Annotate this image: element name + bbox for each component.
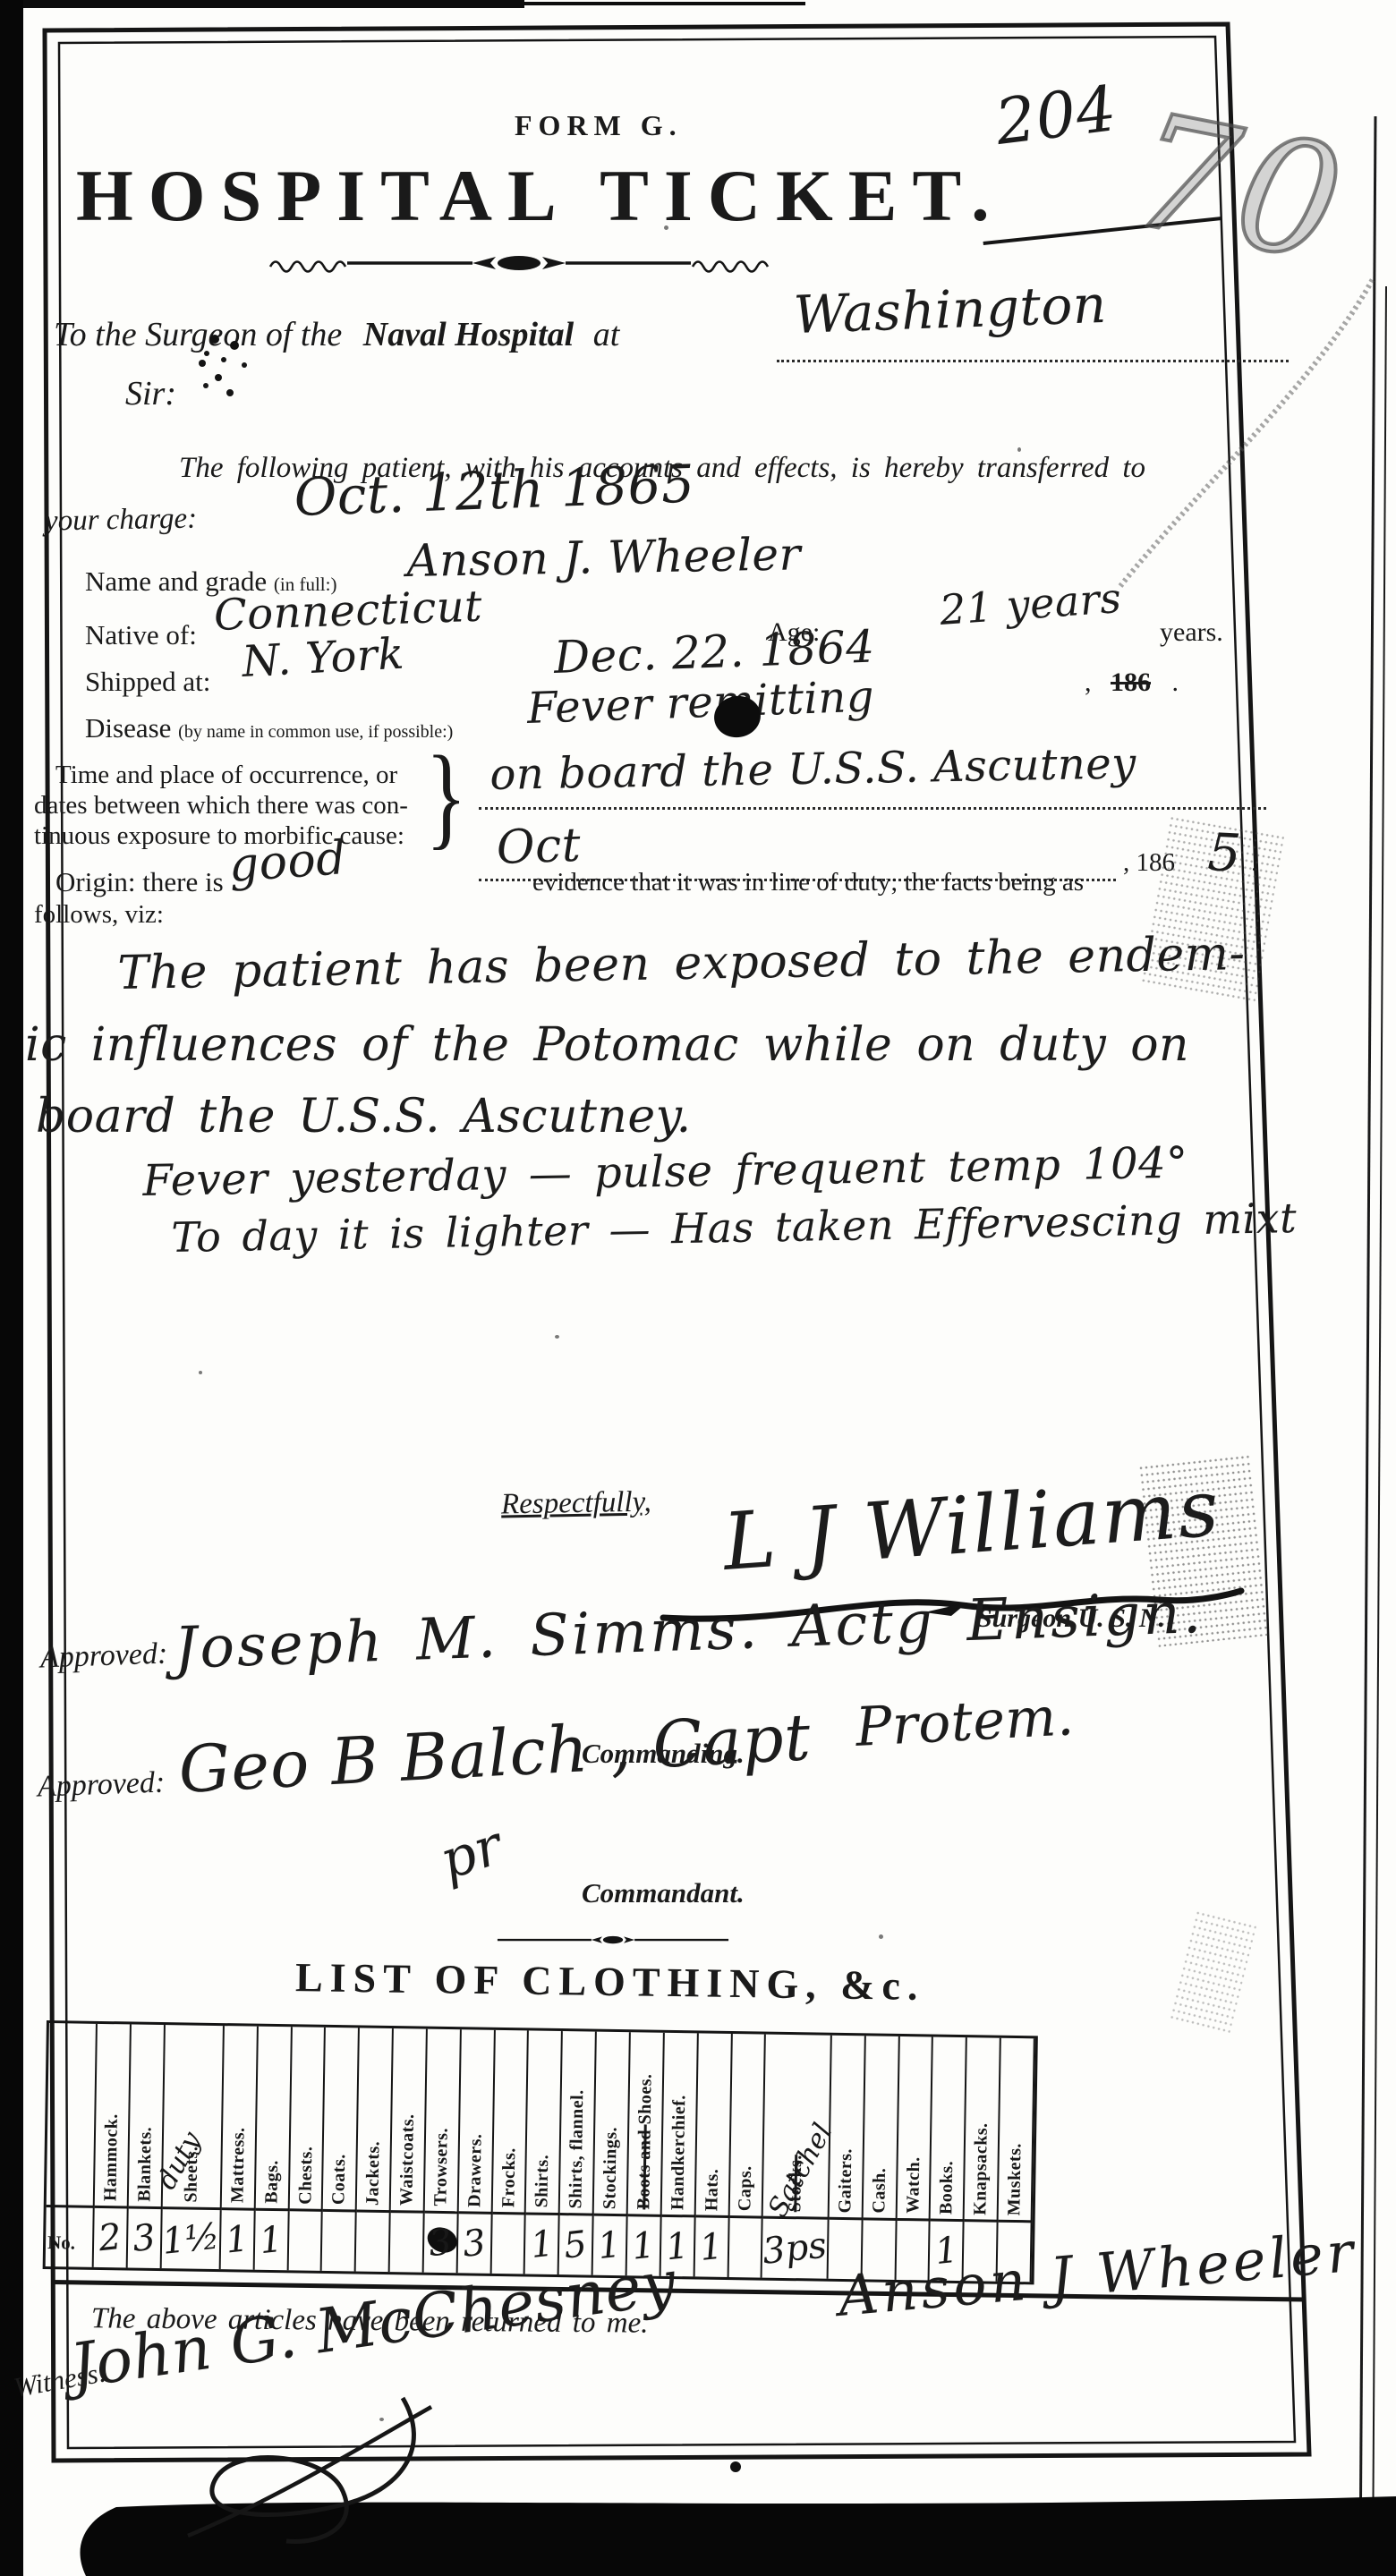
clothing-col-value: 1: [694, 2217, 729, 2277]
clothing-col-header: Frocks.: [492, 2030, 529, 2215]
clothing-col-header: Gaiters.: [830, 2036, 866, 2221]
clothing-col-header: Stocks. Satchel: [763, 2035, 832, 2220]
approved2-label: Approved:: [37, 1766, 165, 1805]
note-line: The patient has been exposed to the ende…: [117, 927, 1246, 1000]
brace-glyph: }: [426, 739, 467, 854]
shipped-year-struck: , 186 .: [1085, 667, 1179, 698]
clothing-corner-cell: [47, 2023, 98, 2208]
shipped-at-value: N. York: [241, 629, 405, 687]
approved1-label: Approved:: [39, 1637, 167, 1676]
transfer-line2: your charge:: [45, 503, 198, 539]
native-of-label: Native of:: [85, 619, 197, 651]
scan-binding-edge: [0, 0, 23, 2576]
clothing-col-value: 1: [254, 2211, 289, 2271]
origin-value: good: [227, 831, 348, 893]
salutation-at: at: [593, 316, 620, 353]
shipped-at-label: Shipped at:: [85, 666, 210, 698]
protem-note: Protem.: [854, 1685, 1076, 1759]
dotted-line: [479, 807, 1266, 810]
clothing-col-header: Coats.: [323, 2028, 360, 2213]
clothing-col-value: 3ps: [762, 2219, 830, 2279]
occurrence-period: .: [1251, 848, 1257, 878]
age-suffix: years.: [1160, 617, 1223, 648]
clothing-col-header: Hats.: [695, 2033, 732, 2218]
occurrence-label-line2: dates between which there was con-: [34, 791, 408, 820]
paraph-mark: pr: [432, 1814, 509, 1892]
clothing-heading: LIST OF CLOTHING, &c.: [295, 1953, 925, 2010]
origin-rest: evidence that it was in line of duty; th…: [532, 868, 1084, 897]
clothing-col-value: 2: [94, 2208, 129, 2268]
divider-ornament: [268, 252, 770, 280]
clothing-col-header: Watch.: [897, 2036, 933, 2222]
clothing-col-header: Sheets.duty: [162, 2025, 224, 2210]
commandant-label: Commandant.: [582, 1877, 745, 1909]
hospital-location-value: Washington: [793, 274, 1108, 345]
clothing-col-header: Trowsers.: [425, 2029, 462, 2215]
clothing-col-header: Mattress.: [222, 2026, 259, 2211]
note-line: ic influences of the Potomac while on du…: [25, 1018, 1189, 1072]
clothing-col-header: Chests.: [289, 2027, 326, 2212]
clothing-col-header: Boots and Shoes.: [628, 2032, 665, 2217]
occurrence-value1: on board the U.S.S. Ascutney: [489, 738, 1136, 800]
ticket-number: 204: [992, 72, 1120, 159]
scan-smudge: [1168, 1909, 1256, 2036]
clothing-col-header: Shirts.: [526, 2030, 563, 2215]
witness-flourish: [134, 2391, 519, 2556]
clothing-col-header: Bags.: [255, 2027, 292, 2212]
clothing-col-value: 1: [221, 2210, 256, 2270]
occurrence-year-prefix: , 186: [1123, 848, 1175, 878]
clothing-col-value: [356, 2212, 391, 2272]
occurrence-value2: Oct: [496, 819, 582, 875]
clothing-col-header: Stockings.: [594, 2032, 631, 2217]
transfer-date-value: Oct. 12th 1865: [294, 453, 696, 528]
clothing-col-value: 3: [424, 2214, 459, 2274]
age-value: 21 years: [938, 574, 1123, 634]
form-label: FORM G.: [515, 109, 683, 142]
hospital-ticket-document: FORM G. HOSPITAL TICKET. 204 70 To the S…: [0, 0, 1396, 2576]
clothing-col-header: Handkerchief.: [661, 2033, 698, 2218]
clothing-col-value: [491, 2215, 526, 2274]
clothing-col-value: [728, 2218, 763, 2278]
origin-label: Origin: there is: [55, 866, 224, 898]
approved2-signature: Geo B Balch , Capt: [177, 1699, 813, 1807]
clothing-col-header: Hammock.: [95, 2024, 132, 2209]
disease-paren: (by name in common use, if possible:): [178, 722, 453, 742]
clothing-col-header: Jackets.: [357, 2028, 394, 2214]
sir-label: Sir:: [125, 374, 176, 413]
clothing-col-header: Shirts, flannel.: [560, 2031, 597, 2216]
clothing-col-value: [288, 2211, 323, 2271]
clothing-col-header: Drawers.: [458, 2029, 495, 2215]
clothing-col-header: Cash.: [863, 2036, 899, 2221]
name-grade-value: Anson J. Wheeler: [406, 528, 801, 587]
dotted-line: [777, 360, 1289, 362]
occurrence-label-line3: tinuous exposure to morbific cause:: [34, 821, 404, 851]
clothing-col-value: [390, 2213, 425, 2273]
clothing-col-header: Books.: [931, 2037, 967, 2223]
clothing-col-header: Caps.: [729, 2034, 766, 2219]
clothing-col-value: [322, 2212, 357, 2272]
salutation-to: To the Surgeon of the: [54, 316, 342, 353]
occurrence-year-digit: 5: [1206, 821, 1243, 884]
ticket-number-overlay: 70: [1119, 80, 1360, 298]
divider-ornament: [497, 1934, 729, 1951]
clothing-col-value: 1½: [161, 2209, 221, 2269]
note-line: To day it is lighter — Has taken Efferve…: [171, 1194, 1297, 1262]
note-line: board the U.S.S. Ascutney.: [36, 1090, 692, 1143]
ink-splatter: [204, 351, 209, 356]
clothing-row-label: No.: [46, 2207, 95, 2267]
salutation-line: To the Surgeon of the Naval Hospital at: [54, 315, 619, 354]
clothing-col-header: Waistcoats.: [391, 2028, 428, 2214]
occurrence-label-line1: Time and place of occurrence, or: [55, 761, 397, 790]
clothing-col-value: 3: [457, 2214, 492, 2274]
clothing-col-value: 3: [127, 2208, 162, 2268]
respectfully-label: Respectfully,: [501, 1486, 651, 1522]
pencil-scrawl-stroke: [1120, 279, 1373, 586]
clothing-col-header: Muskets.: [999, 2038, 1035, 2223]
origin-rest2: follows, viz:: [34, 900, 164, 930]
clothing-table: No. Hammock.2Blankets.3Sheets.duty1½Matt…: [43, 2020, 1038, 2284]
note-line: Fever yesterday — pulse frequent temp 10…: [142, 1138, 1188, 1206]
salutation-hospital: Naval Hospital: [363, 316, 574, 353]
surgeon-signature: L J Williams: [720, 1461, 1223, 1588]
clothing-col-header: Knapsacks.: [965, 2037, 1001, 2223]
disease-label: Disease (by name in common use, if possi…: [85, 712, 453, 744]
page-title: HOSPITAL TICKET.: [76, 154, 1005, 238]
